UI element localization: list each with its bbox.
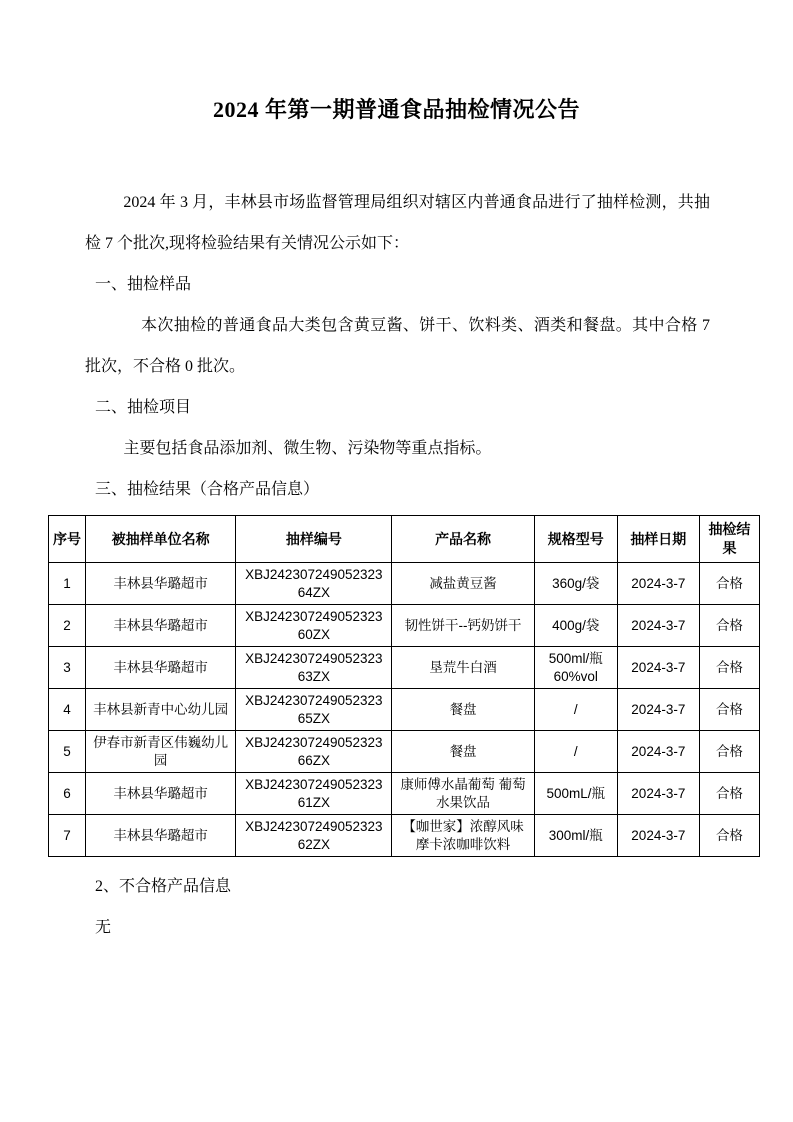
column-header: 抽样日期 [617,516,699,563]
cell-code: XBJ24230724905232365ZX [236,689,392,731]
table-row: 6丰林县华璐超市XBJ24230724905232361ZX康师傅水晶葡萄 葡萄… [49,773,760,815]
cell-spec: 300ml/瓶 [534,815,617,857]
column-header: 序号 [49,516,86,563]
unqualified-section: 2、不合格产品信息 无 [85,866,710,948]
cell-date: 2024-3-7 [617,563,699,605]
cell-spec: / [534,731,617,773]
cell-unit: 丰林县华璐超市 [86,815,236,857]
table-row: 5伊春市新青区伟巍幼儿园XBJ24230724905232366ZX餐盘/202… [49,731,760,773]
cell-date: 2024-3-7 [617,605,699,647]
cell-date: 2024-3-7 [617,689,699,731]
column-header: 抽样编号 [236,516,392,563]
cell-code: XBJ24230724905232364ZX [236,563,392,605]
table-row: 3丰林县华璐超市XBJ24230724905232363ZX垦荒牛白酒500ml… [49,647,760,689]
cell-seq: 1 [49,563,86,605]
column-header: 抽检结果 [699,516,759,563]
cell-product: 康师傅水晶葡萄 葡萄水果饮品 [392,773,534,815]
cell-seq: 2 [49,605,86,647]
cell-spec: / [534,689,617,731]
cell-date: 2024-3-7 [617,815,699,857]
table-row: 7丰林县华璐超市XBJ24230724905232362ZX【咖世家】浓醇风味摩… [49,815,760,857]
intro-paragraph: 2024 年 3 月，丰林县市场监督管理局组织对辖区内普通食品进行了抽样检测，共… [85,182,710,264]
unqualified-value: 无 [85,907,710,948]
column-header: 产品名称 [392,516,534,563]
cell-code: XBJ24230724905232366ZX [236,731,392,773]
cell-result: 合格 [699,689,759,731]
cell-spec: 360g/袋 [534,563,617,605]
section3-heading: 三、抽检结果（合格产品信息） [85,469,710,510]
cell-date: 2024-3-7 [617,647,699,689]
cell-result: 合格 [699,605,759,647]
cell-unit: 伊春市新青区伟巍幼儿园 [86,731,236,773]
document-page: 2024 年第一期普通食品抽检情况公告 2024 年 3 月，丰林县市场监督管理… [0,0,793,1122]
results-table-container: 序号被抽样单位名称抽样编号产品名称规格型号抽样日期抽检结果 1丰林县华璐超市XB… [48,515,793,857]
cell-seq: 4 [49,689,86,731]
cell-result: 合格 [699,731,759,773]
cell-seq: 3 [49,647,86,689]
section1-paragraph: 本次抽检的普通食品大类包含黄豆酱、饼干、饮料类、酒类和餐盘。其中合格 7 批次，… [85,305,710,387]
results-table: 序号被抽样单位名称抽样编号产品名称规格型号抽样日期抽检结果 1丰林县华璐超市XB… [48,515,760,857]
cell-spec: 400g/袋 [534,605,617,647]
cell-spec: 500mL/瓶 [534,773,617,815]
table-row: 4丰林县新青中心幼儿园XBJ24230724905232365ZX餐盘/2024… [49,689,760,731]
section1-heading: 一、抽检样品 [85,264,710,305]
section2-heading: 二、抽检项目 [85,387,710,428]
cell-product: 垦荒牛白酒 [392,647,534,689]
cell-product: 餐盘 [392,731,534,773]
cell-unit: 丰林县华璐超市 [86,647,236,689]
cell-date: 2024-3-7 [617,731,699,773]
table-header-row: 序号被抽样单位名称抽样编号产品名称规格型号抽样日期抽检结果 [49,516,760,563]
cell-result: 合格 [699,773,759,815]
cell-date: 2024-3-7 [617,773,699,815]
cell-product: 韧性饼干--钙奶饼干 [392,605,534,647]
cell-code: XBJ24230724905232362ZX [236,815,392,857]
cell-product: 【咖世家】浓醇风味摩卡浓咖啡饮料 [392,815,534,857]
cell-result: 合格 [699,563,759,605]
column-header: 被抽样单位名称 [86,516,236,563]
cell-code: XBJ24230724905232360ZX [236,605,392,647]
cell-seq: 6 [49,773,86,815]
cell-code: XBJ24230724905232363ZX [236,647,392,689]
column-header: 规格型号 [534,516,617,563]
cell-result: 合格 [699,815,759,857]
unqualified-heading: 2、不合格产品信息 [85,866,710,907]
table-row: 2丰林县华璐超市XBJ24230724905232360ZX韧性饼干--钙奶饼干… [49,605,760,647]
cell-code: XBJ24230724905232361ZX [236,773,392,815]
table-row: 1丰林县华璐超市XBJ24230724905232364ZX减盐黄豆酱360g/… [49,563,760,605]
cell-spec: 500ml/瓶 60%vol [534,647,617,689]
cell-result: 合格 [699,647,759,689]
cell-seq: 5 [49,731,86,773]
section2-paragraph: 主要包括食品添加剂、微生物、污染物等重点指标。 [85,428,710,469]
cell-product: 减盐黄豆酱 [392,563,534,605]
cell-product: 餐盘 [392,689,534,731]
cell-unit: 丰林县华璐超市 [86,773,236,815]
cell-unit: 丰林县华璐超市 [86,605,236,647]
cell-seq: 7 [49,815,86,857]
document-body: 2024 年 3 月，丰林县市场监督管理局组织对辖区内普通食品进行了抽样检测，共… [85,182,710,510]
cell-unit: 丰林县新青中心幼儿园 [86,689,236,731]
cell-unit: 丰林县华璐超市 [86,563,236,605]
document-title: 2024 年第一期普通食品抽检情况公告 [60,94,733,126]
